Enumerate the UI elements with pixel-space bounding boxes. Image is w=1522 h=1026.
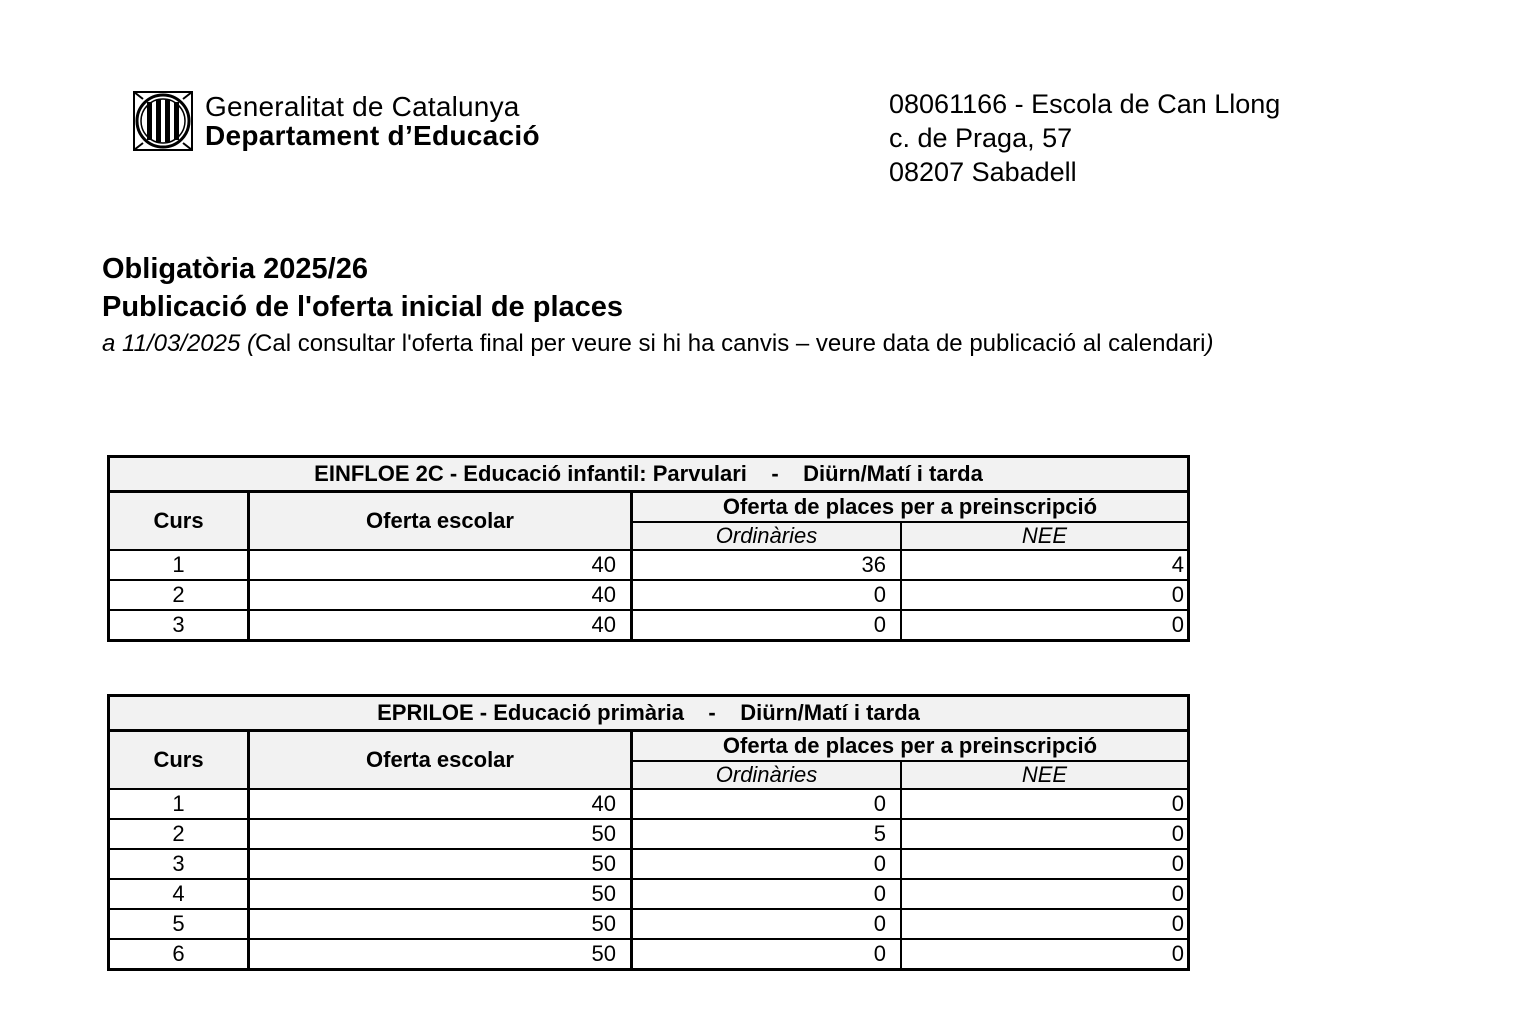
cell-oferta-escolar: 50 [249, 849, 632, 879]
cell-oferta-escolar: 40 [249, 610, 632, 641]
cell-ordinaries: 0 [632, 939, 902, 970]
col-curs: Curs [109, 492, 249, 551]
table-row: 14000 [109, 789, 1189, 819]
cell-curs: 6 [109, 939, 249, 970]
document-title: Obligatòria 2025/26 [102, 250, 1213, 288]
cell-curs: 1 [109, 789, 249, 819]
cell-curs: 5 [109, 909, 249, 939]
table-caption: EINFLOE 2C - Educació infantil: Parvular… [109, 457, 1189, 492]
cell-ordinaries: 0 [632, 610, 902, 641]
cell-oferta-escolar: 40 [249, 550, 632, 580]
cell-curs: 4 [109, 879, 249, 909]
table-caption: EPRILOE - Educació primària - Diürn/Matí… [109, 696, 1189, 731]
publication-date: a 11/03/2025 ( [102, 330, 255, 357]
cell-oferta-escolar: 40 [249, 789, 632, 819]
department-name: Departament d’Educació [205, 122, 540, 150]
cell-ordinaries: 0 [632, 849, 902, 879]
col-nee: NEE [901, 761, 1189, 789]
cell-ordinaries: 5 [632, 819, 902, 849]
cell-oferta-escolar: 50 [249, 939, 632, 970]
col-curs: Curs [109, 731, 249, 790]
table-row: 35000 [109, 849, 1189, 879]
col-oferta-escolar: Oferta escolar [249, 492, 632, 551]
table-row: 45000 [109, 879, 1189, 909]
cell-curs: 3 [109, 849, 249, 879]
document-subtitle: Publicació de l'oferta inicial de places [102, 288, 1213, 326]
cell-nee: 0 [901, 909, 1189, 939]
publication-note: a 11/03/2025 (Cal consultar l'oferta fin… [102, 326, 1213, 362]
cell-nee: 4 [901, 550, 1189, 580]
table-row: 24000 [109, 580, 1189, 610]
table-row: 25050 [109, 819, 1189, 849]
school-address: c. de Praga, 57 [889, 121, 1280, 155]
cell-oferta-escolar: 50 [249, 819, 632, 849]
cell-curs: 2 [109, 580, 249, 610]
document-titles: Obligatòria 2025/26 Publicació de l'ofer… [102, 250, 1213, 362]
table-row: 140364 [109, 550, 1189, 580]
cell-nee: 0 [901, 610, 1189, 641]
cell-ordinaries: 0 [632, 879, 902, 909]
cell-curs: 1 [109, 550, 249, 580]
cell-nee: 0 [901, 819, 1189, 849]
col-oferta-preinscripcio: Oferta de places per a preinscripció [632, 731, 1189, 762]
table-row: 55000 [109, 909, 1189, 939]
cell-nee: 0 [901, 879, 1189, 909]
offer-table-primaria: EPRILOE - Educació primària - Diürn/Matí… [107, 694, 1190, 971]
cell-nee: 0 [901, 789, 1189, 819]
cell-oferta-escolar: 40 [249, 580, 632, 610]
cell-ordinaries: 0 [632, 909, 902, 939]
cell-oferta-escolar: 50 [249, 879, 632, 909]
col-ordinaries: Ordinàries [632, 522, 902, 550]
generalitat-logo: Generalitat de Catalunya Departament d’E… [133, 91, 540, 151]
org-name: Generalitat de Catalunya [205, 93, 540, 121]
col-nee: NEE [901, 522, 1189, 550]
school-city: 08207 Sabadell [889, 155, 1280, 189]
cell-curs: 3 [109, 610, 249, 641]
col-oferta-preinscripcio: Oferta de places per a preinscripció [632, 492, 1189, 523]
cell-nee: 0 [901, 580, 1189, 610]
publication-note-text: Cal consultar l'oferta final per veure s… [255, 330, 1205, 357]
cell-nee: 0 [901, 849, 1189, 879]
offer-table-infantil: EINFLOE 2C - Educació infantil: Parvular… [107, 455, 1190, 642]
cell-curs: 2 [109, 819, 249, 849]
col-ordinaries: Ordinàries [632, 761, 902, 789]
table-row: 65000 [109, 939, 1189, 970]
cell-oferta-escolar: 50 [249, 909, 632, 939]
school-code-name: 08061166 - Escola de Can Llong [889, 87, 1280, 121]
cell-ordinaries: 0 [632, 789, 902, 819]
cell-ordinaries: 0 [632, 580, 902, 610]
cell-nee: 0 [901, 939, 1189, 970]
col-oferta-escolar: Oferta escolar [249, 731, 632, 790]
generalitat-shield-icon [133, 91, 193, 151]
school-info: 08061166 - Escola de Can Llong c. de Pra… [889, 87, 1280, 189]
cell-ordinaries: 36 [632, 550, 902, 580]
table-row: 34000 [109, 610, 1189, 641]
